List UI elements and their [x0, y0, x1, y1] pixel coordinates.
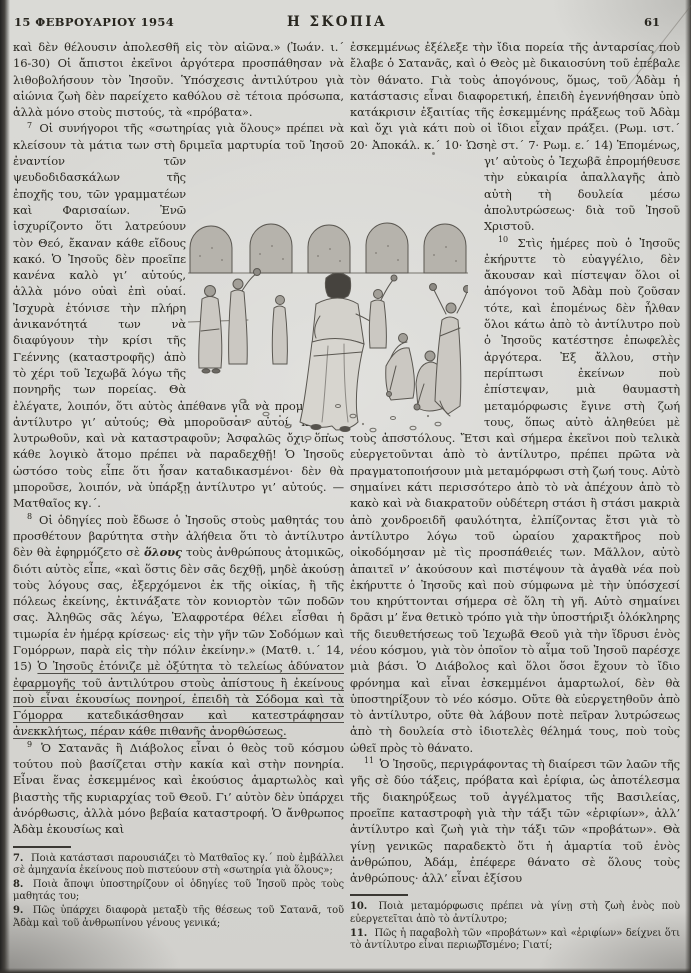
page-number: 61: [440, 15, 674, 29]
scan-speck: [84, 908, 86, 910]
left-column: καὶ δὲν θέλουσιν ἀπολεσθῆ εἰς τὸν αἰῶνα.…: [13, 39, 344, 931]
paragraph-text: Ὁ Σατανᾶς ἢ Διάβολος εἶναι ὁ θεὸς τοῦ κό…: [13, 741, 344, 836]
paragraph-number: 10: [498, 235, 508, 244]
scanned-magazine-page: 15 ΦΕΒΡΟΥΑΡΙΟΥ 1954 Η ΣΚΟΠΙΑ 61 καὶ δὲν …: [0, 0, 691, 973]
paragraph-number: 11: [364, 756, 374, 765]
footnote-number: 10.: [350, 901, 367, 912]
scan-mark: [478, 940, 487, 942]
paragraph-8: 8 Οἱ ὁδηγίες ποὺ ἔδωσε ὁ Ἰησοῦς στοὺς μα…: [13, 512, 344, 740]
footnote-number: 9.: [13, 905, 23, 916]
footnote-text: Πῶς ἡ παραβολὴ τῶν «προβάτων» καὶ «ἐριφί…: [350, 928, 680, 952]
emphasized-word: ὅλους: [144, 545, 182, 559]
scan-edge-bottom: [0, 968, 691, 973]
paragraph-number: 7: [27, 121, 32, 130]
issue-date: 15 ΦΕΒΡΟΥΑΡΙΟΥ 1954: [14, 15, 234, 29]
right-column: ἐσκεμμένως ἐξέλεξε τὴν ἴδια πορεία τῆς ἀ…: [350, 39, 680, 954]
underlined-passage: Ὁ Ἰησοῦς ἐτόνιζε μὲ ὀξύτητα τὸ τελείως ἀ…: [13, 659, 344, 738]
paragraph-text: Ὁ Ἰησοῦς, περιγράφοντας τὴ διαίρεσι τῶν …: [350, 757, 680, 885]
footnote: 7. Ποιὰ κατάστασι παρουσιάζει τὸ Ματθαῖο…: [13, 853, 344, 878]
scan-edge-right: [685, 0, 691, 973]
publication-title: Η ΣΚΟΠΙΑ: [234, 14, 440, 30]
scan-edge-left: [0, 0, 10, 973]
footnote-text: Ποιὰ μεταμόρφωσις πρέπει νὰ γίνῃ στὴ ζωὴ…: [350, 901, 680, 925]
continuation-paragraph: ἐσκεμμένως ἐξέλεξε τὴν ἴδια πορεία τῆς ἀ…: [350, 39, 680, 235]
page-header: 15 ΦΕΒΡΟΥΑΡΙΟΥ 1954 Η ΣΚΟΠΙΑ 61: [14, 14, 674, 30]
paragraph-9: 9 Ὁ Σατανᾶς ἢ Διάβολος εἶναι ὁ θεὸς τοῦ …: [13, 740, 344, 838]
arches: [190, 223, 466, 273]
paragraph-text: Ἑπομένως, γι’ αὐτοὺς ὁ Ἰεχωβᾶ ἐπρομήθευσ…: [484, 138, 680, 233]
footnote-number: 7.: [13, 853, 23, 864]
footnote-divider: [13, 846, 71, 848]
footnote-text: Ποιὰ ἄποψι ὑποστηρίζουν οἱ ὁδηγίες τοῦ Ἰ…: [13, 879, 344, 903]
footnote: 9. Πῶς ὑπάρχει διαφορὰ μεταξὺ τῆς θέσεως…: [13, 905, 344, 930]
intro-continuation: καὶ δὲν θέλουσιν ἀπολεσθῆ εἰς τὸν αἰῶνα.…: [13, 39, 344, 120]
illustration-stoning-scene: [188, 216, 468, 442]
scan-speck: [604, 702, 606, 704]
paragraph-11: 11 Ὁ Ἰησοῦς, περιγράφοντας τὴ διαίρεσι τ…: [350, 756, 680, 886]
footnote-text: Ποιὰ κατάστασι παρουσιάζει τὸ Ματθαῖος κ…: [13, 853, 344, 877]
footnote-divider: [350, 894, 408, 896]
scan-speck: [432, 152, 435, 155]
paragraph-text: καὶ δὲν θέλουσιν ἀπολεσθῆ εἰς τὸν αἰῶνα.…: [13, 40, 344, 119]
footnote: 10. Ποιὰ μεταμόρφωσις πρέπει νὰ γίνῃ στὴ…: [350, 901, 680, 926]
footnote-text: Πῶς ὑπάρχει διαφορὰ μεταξὺ τῆς θέσεως το…: [13, 905, 344, 929]
paragraph-text: τοὺς ἀνθρώπους ἀτομικῶς, διότι αὐτὸς εἶπ…: [13, 545, 344, 673]
paragraph-number: 9: [27, 740, 32, 749]
footnote-number: 8.: [13, 879, 23, 890]
footnote: 11. Πῶς ἡ παραβολὴ τῶν «προβάτων» καὶ «ἐ…: [350, 928, 680, 953]
footnote-number: 11.: [350, 928, 367, 939]
paragraph-text: ἐσκεμμένως ἐξέλεξε τὴν ἴδια πορεία τῆς ἀ…: [350, 40, 680, 152]
footnote: 8. Ποιὰ ἄποψι ὑποστηρίζουν οἱ ὁδηγίες το…: [13, 879, 344, 904]
paragraph-number: 8: [27, 512, 32, 521]
